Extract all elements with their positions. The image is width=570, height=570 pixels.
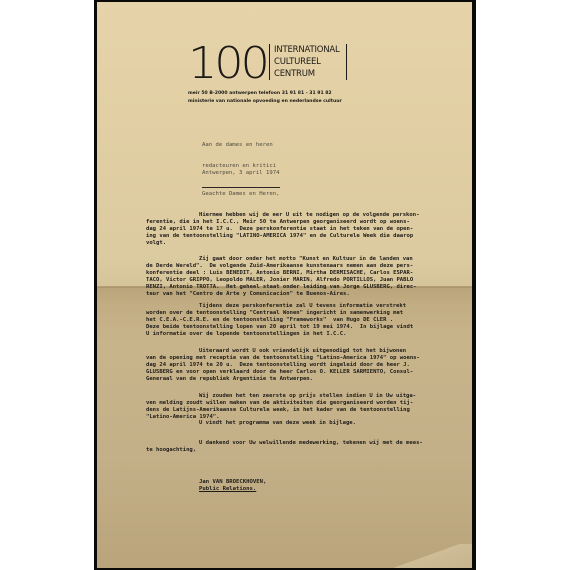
icc-logo-wordmark: International Cultureel Centrum bbox=[274, 44, 340, 80]
signatory-title: Public Relations. bbox=[199, 486, 266, 493]
icc-logo-number: 100 bbox=[188, 44, 267, 84]
ministry-line: ministerie van nationale opvoeding en ne… bbox=[188, 98, 342, 106]
corner-crease bbox=[382, 544, 472, 568]
paragraph-line: U informatie over de lopende tentoonstel… bbox=[146, 331, 456, 338]
paragraph-line: ferentie, die in het I.C.C., Meir 50 te … bbox=[146, 219, 456, 226]
paragraph-line: Deze beide tentoonstelling lopen van 20 … bbox=[146, 324, 456, 331]
letter-date: Antwerpen, 3 april 1974 bbox=[202, 170, 279, 177]
letterhead: 100 International Cultureel Centrum meir… bbox=[188, 44, 388, 114]
paragraph-program-note: U vindt het programma van deze week in b… bbox=[146, 420, 456, 427]
paragraph-artists: Zij gaat door onder het motto "Kunst en … bbox=[146, 256, 456, 299]
paragraph-line: U vindt het programma van deze week in b… bbox=[146, 420, 456, 427]
logo-divider-right bbox=[346, 44, 347, 80]
paragraph-press-conference: Hiermee hebben wij de eer U uit te nodig… bbox=[146, 212, 456, 247]
recipient-underline bbox=[202, 187, 280, 188]
logo-word-centrum: Centrum bbox=[274, 68, 340, 80]
paragraph-line: Tijdens deze perskonferentie zal U teven… bbox=[146, 303, 456, 310]
paragraph-opening-reception: Uiteraard wordt U ook vriendelijk uitgen… bbox=[146, 348, 456, 383]
paragraph-line: ing van de tentoonstelling "LATINO-AMERI… bbox=[146, 233, 456, 240]
paragraph-line: Generaal van de republiek Argentinie te … bbox=[146, 376, 456, 383]
signature-block: Jan VAN BROECKHOVEN, Public Relations. bbox=[199, 479, 266, 494]
recipient-line-1: Aan de dames en heren bbox=[202, 142, 280, 149]
paragraph-line: de Derde Wereld". De volgende Zuid-Ameri… bbox=[146, 263, 456, 270]
paragraph-line: dag 24 april 1974 te 17 u. Deze perskonf… bbox=[146, 226, 456, 233]
letterhead-address: meir 50 B-2000 antwerpen telefoon 31 91 … bbox=[188, 90, 342, 106]
salutation: Geachte Dames en Heren, bbox=[202, 191, 279, 198]
signatory-name: Jan VAN BROECKHOVEN, bbox=[199, 479, 266, 486]
address-line: meir 50 B-2000 antwerpen telefoon 31 91 … bbox=[188, 90, 342, 98]
paragraph-line: Zij gaat door onder het motto "Kunst en … bbox=[146, 256, 456, 263]
paragraph-line: dag 24 april 1974 te 20 u. Deze tentoons… bbox=[146, 362, 456, 369]
logo-divider-left bbox=[269, 44, 270, 80]
paragraph-line: Hiermee hebben wij de eer U uit te nodig… bbox=[146, 212, 456, 219]
paragraph-line: van de opening met receptie van de tento… bbox=[146, 355, 456, 362]
paragraph-line: konferentie deel : Luis BENEDIT, Antonio… bbox=[146, 270, 456, 277]
paragraph-line: teur van het "Centro de Arte y Comunicac… bbox=[146, 291, 456, 298]
document-photo: 100 International Cultureel Centrum meir… bbox=[0, 0, 570, 570]
paragraph-line: GLUSBERG en voor open verklaard door de … bbox=[146, 369, 456, 376]
paragraph-publicity-request: Wij zouden het ten zeerste op prijs stel… bbox=[146, 393, 456, 421]
paragraph-line: TACO, Victor GRIPPO, Leopoldo MALER, Jon… bbox=[146, 277, 456, 284]
paragraph-line: U dankend voor Uw welwillende medewerkin… bbox=[146, 440, 456, 447]
paragraph-line: volgt. bbox=[146, 240, 456, 247]
logo-word-international: International bbox=[274, 44, 340, 56]
logo-word-cultureel: Cultureel bbox=[274, 56, 340, 68]
paragraph-line: te hoogachting, bbox=[146, 447, 456, 454]
paragraph-exhibitions: Tijdens deze perskonferentie zal U teven… bbox=[146, 303, 456, 338]
paragraph-line: worden over de tentoonstelling "Centraal… bbox=[146, 310, 456, 317]
paragraph-line: dens de Latijns-Amerikaanse Culturele we… bbox=[146, 407, 456, 414]
paragraph-line: RENZI, Antonio TROTTA. Het geheel staat … bbox=[146, 284, 456, 291]
paragraph-closing: U dankend voor Uw welwillende medewerkin… bbox=[146, 440, 456, 454]
paragraph-line: Uiteraard wordt U ook vriendelijk uitgen… bbox=[146, 348, 456, 355]
